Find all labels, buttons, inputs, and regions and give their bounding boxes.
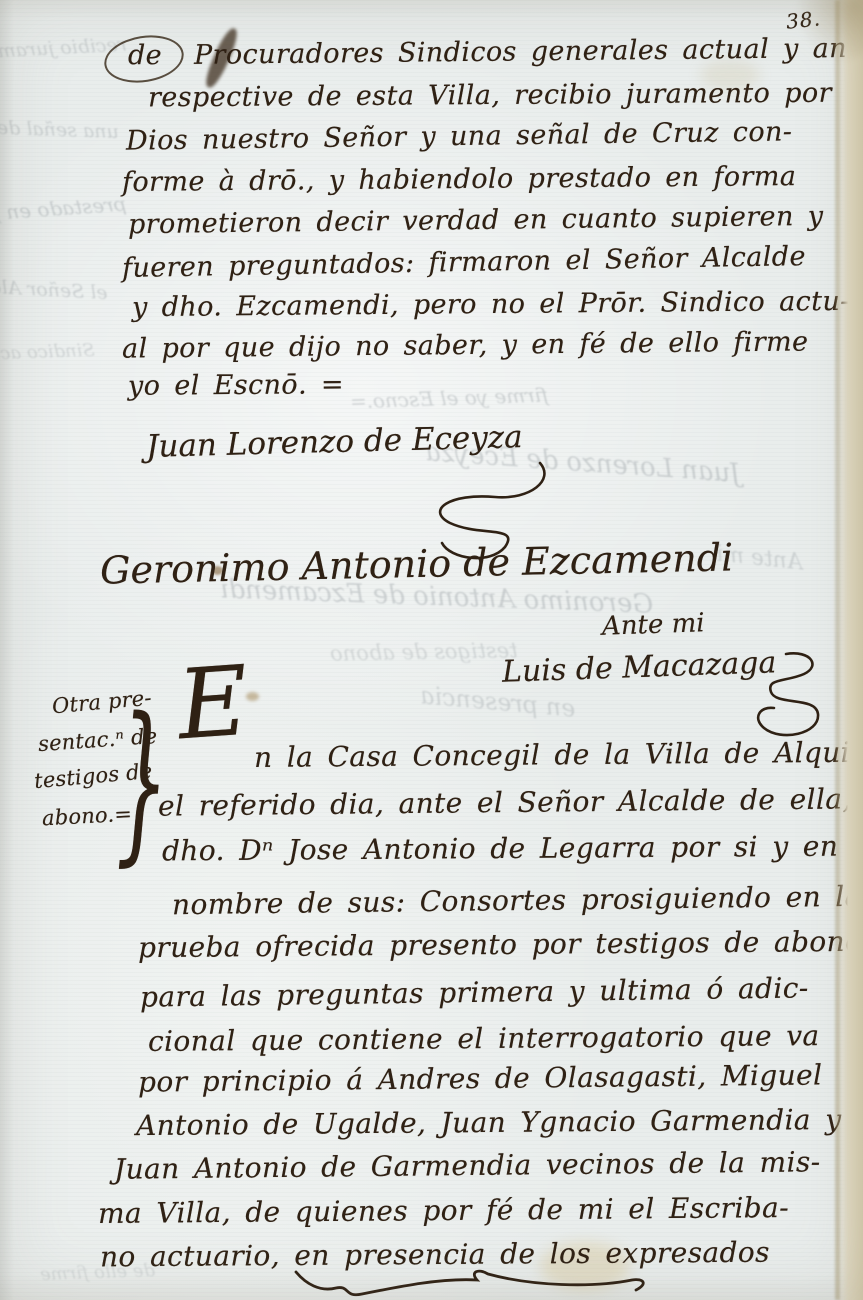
manuscript-line: por principio á Andres de Olasagasti, Mi… xyxy=(138,1058,823,1098)
manuscript-line: Procuradores Sindicos generales actual y… xyxy=(194,32,863,71)
line-filler-flourish xyxy=(292,1258,662,1300)
manuscript-line: respective de esta Villa, recibio jurame… xyxy=(148,78,832,114)
bleedthrough-text: el Señor Alcalde xyxy=(0,274,108,304)
manuscript-line: yo el Escnō. = xyxy=(128,369,344,402)
signature-geronimo-antonio-de-ezcamendi: Geronimo Antonio de Ezcamendi xyxy=(100,535,734,592)
bleedthrough-text: Sindico actual xyxy=(0,340,95,366)
bleedthrough-text: una señal de Cruz xyxy=(0,115,119,143)
manuscript-line: cional que contiene el interrogatorio qu… xyxy=(148,1019,820,1058)
signature-rubric xyxy=(726,648,836,743)
ante-mi-label: Ante mi xyxy=(602,608,706,642)
manuscript-line: Juan Antonio de Garmendia vecinos de la … xyxy=(114,1145,821,1185)
bleedthrough-text: firme yo el Escno.= xyxy=(350,383,549,414)
manuscript-line: ma Villa, de quienes por fé de mi el Esc… xyxy=(98,1191,789,1230)
initial-capital: E xyxy=(175,653,252,754)
margin-brace: } xyxy=(116,682,168,882)
page-crease xyxy=(835,0,840,1300)
manuscript-line: prometieron decir verdad en cuanto supie… xyxy=(128,201,824,240)
manuscript-line: n la Casa Concegil de la Villa de Alquiz… xyxy=(254,735,863,774)
manuscript-line: fueren preguntados: firmaron el Señor Al… xyxy=(122,241,806,284)
manuscript-line: y dho. Ezcamendi, pero no el Prōr. Sindi… xyxy=(132,286,850,323)
manuscript-line: Antonio de Ugalde, Juan Ygnacio Garmendi… xyxy=(136,1103,842,1142)
manuscript-page: recibio juramento una señal de Cruz pres… xyxy=(0,0,863,1300)
manuscript-line: forme à drō., y habiendolo prestado en f… xyxy=(122,161,797,198)
bleedthrough-text: testigos de abono xyxy=(330,638,518,665)
bleedthrough-text: prestado en forma xyxy=(0,192,127,229)
manuscript-line: prueba ofrecida presento por testigos de… xyxy=(138,925,863,964)
manuscript-line: para las preguntas primera y ultima ó ad… xyxy=(140,971,809,1013)
manuscript-line: nombre de sus: Consortes prosiguiendo en… xyxy=(172,880,862,921)
manuscript-line: dho. Dⁿ Jose Antonio de Legarra por si y… xyxy=(162,830,838,868)
paragraph-opener: de xyxy=(128,40,162,71)
manuscript-line: al por que dijo no saber, y en fé de ell… xyxy=(122,326,809,364)
manuscript-line: Dios nuestro Señor y una señal de Cruz c… xyxy=(126,116,793,156)
page-edge xyxy=(836,0,863,1300)
manuscript-line: el referido dia, ante el Señor Alcalde d… xyxy=(158,782,852,822)
